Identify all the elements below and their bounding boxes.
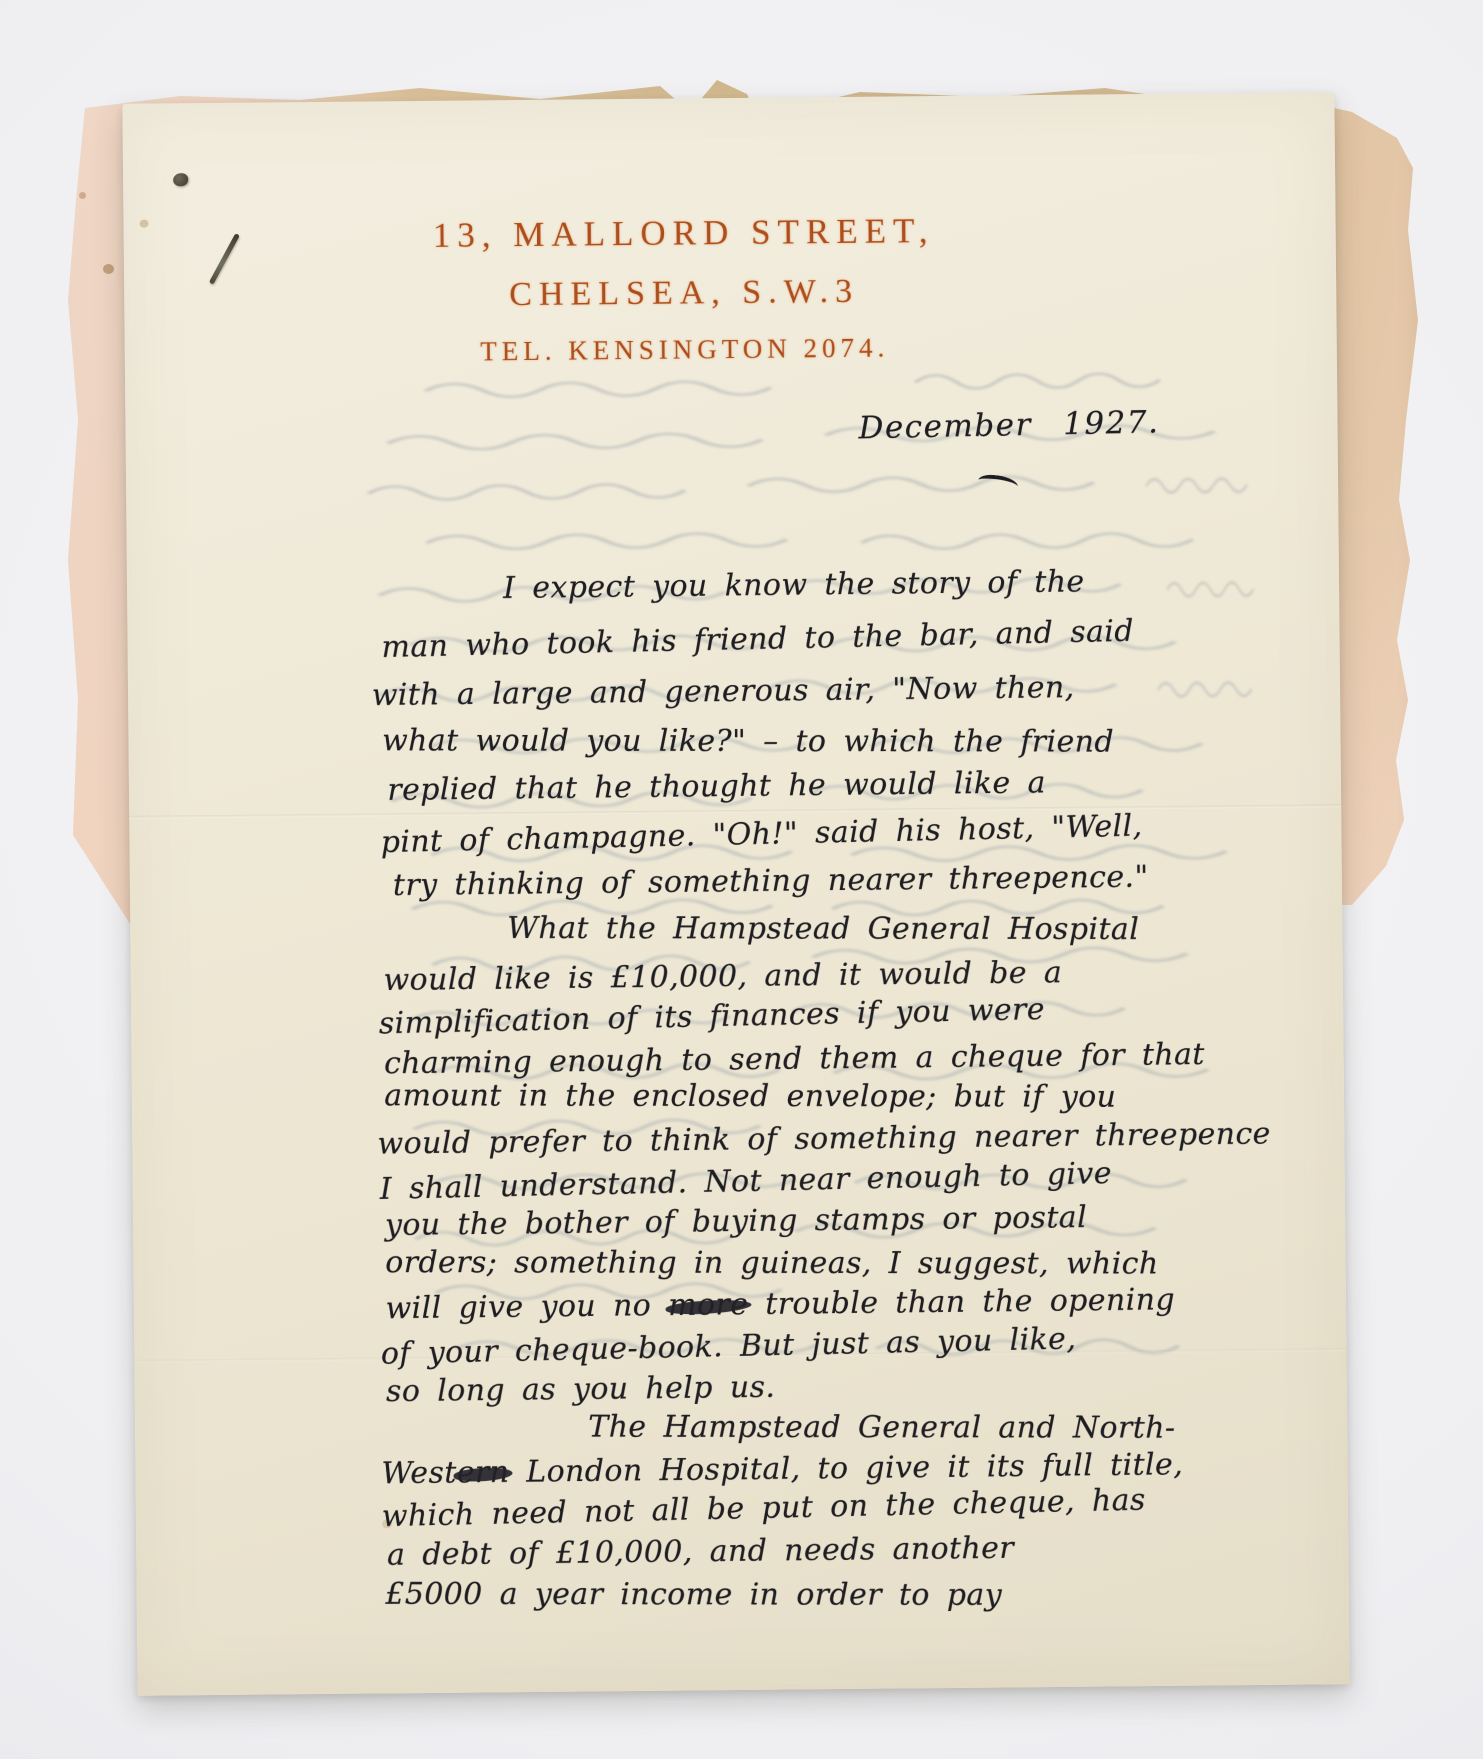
handwriting-segment: trouble than the opening bbox=[748, 1282, 1175, 1322]
handwriting-line: I expect you know the story of the bbox=[503, 564, 1085, 606]
handwriting-line: which need not all be put on the cheque,… bbox=[381, 1483, 1146, 1535]
handwriting-line: orders; something in guineas, I suggest,… bbox=[385, 1245, 1158, 1281]
handwriting-line: I shall understand. Not near enough to g… bbox=[379, 1156, 1112, 1207]
handwriting-line: would prefer to think of something neare… bbox=[377, 1116, 1271, 1161]
handwriting-line: will give you no more trouble than the o… bbox=[385, 1282, 1175, 1326]
handwriting-line: you the bother of buying stamps or posta… bbox=[385, 1200, 1087, 1243]
handwriting-line: would like is £10,000, and it would be a bbox=[383, 955, 1062, 998]
handwriting-line: a debt of £10,000, and needs another bbox=[387, 1531, 1014, 1573]
handwriting-line: with a large and generous air, "Now then… bbox=[372, 670, 1075, 713]
handwriting-line: £5000 a year income in order to pay bbox=[385, 1577, 1002, 1613]
photo-background: 13, MALLORD STREET, CHELSEA, S.W.3 TEL. … bbox=[0, 0, 1483, 1759]
foxing-spot bbox=[103, 264, 114, 274]
handwriting-line: amount in the enclosed envelope; but if … bbox=[384, 1078, 1116, 1114]
handwriting-line: replied that he thought he would like a bbox=[387, 765, 1046, 807]
handwriting-line: charming enough to send them a cheque fo… bbox=[384, 1037, 1205, 1081]
handwriting-line: man who took his friend to the bar, and … bbox=[381, 614, 1134, 665]
handwritten-body: I expect you know the story of the man w… bbox=[125, 94, 1347, 1693]
handwriting-line: simplification of its finances if you we… bbox=[378, 992, 1045, 1042]
crossed-out-word: ern bbox=[457, 1455, 510, 1491]
handwriting-segment: West bbox=[381, 1455, 457, 1491]
crossed-out-word: more bbox=[668, 1287, 749, 1323]
handwriting-line: What the Hampstead General Hospital bbox=[507, 911, 1139, 947]
handwriting-line: pint of champagne. "Oh!" said his host, … bbox=[380, 809, 1142, 861]
letter-page: 13, MALLORD STREET, CHELSEA, S.W.3 TEL. … bbox=[122, 92, 1349, 1696]
handwriting-line: try thinking of something nearer threepe… bbox=[393, 860, 1149, 904]
foxing-spot bbox=[79, 192, 86, 199]
handwriting-line: so long as you help us. bbox=[386, 1370, 776, 1409]
handwriting-line: what would you like?" – to which the fri… bbox=[382, 723, 1114, 759]
handwriting-segment: will give you no bbox=[385, 1288, 668, 1326]
handwriting-line: The Hampstead General and North- bbox=[588, 1410, 1175, 1446]
handwriting-line: of your cheque-book. But just as you lik… bbox=[380, 1321, 1076, 1371]
